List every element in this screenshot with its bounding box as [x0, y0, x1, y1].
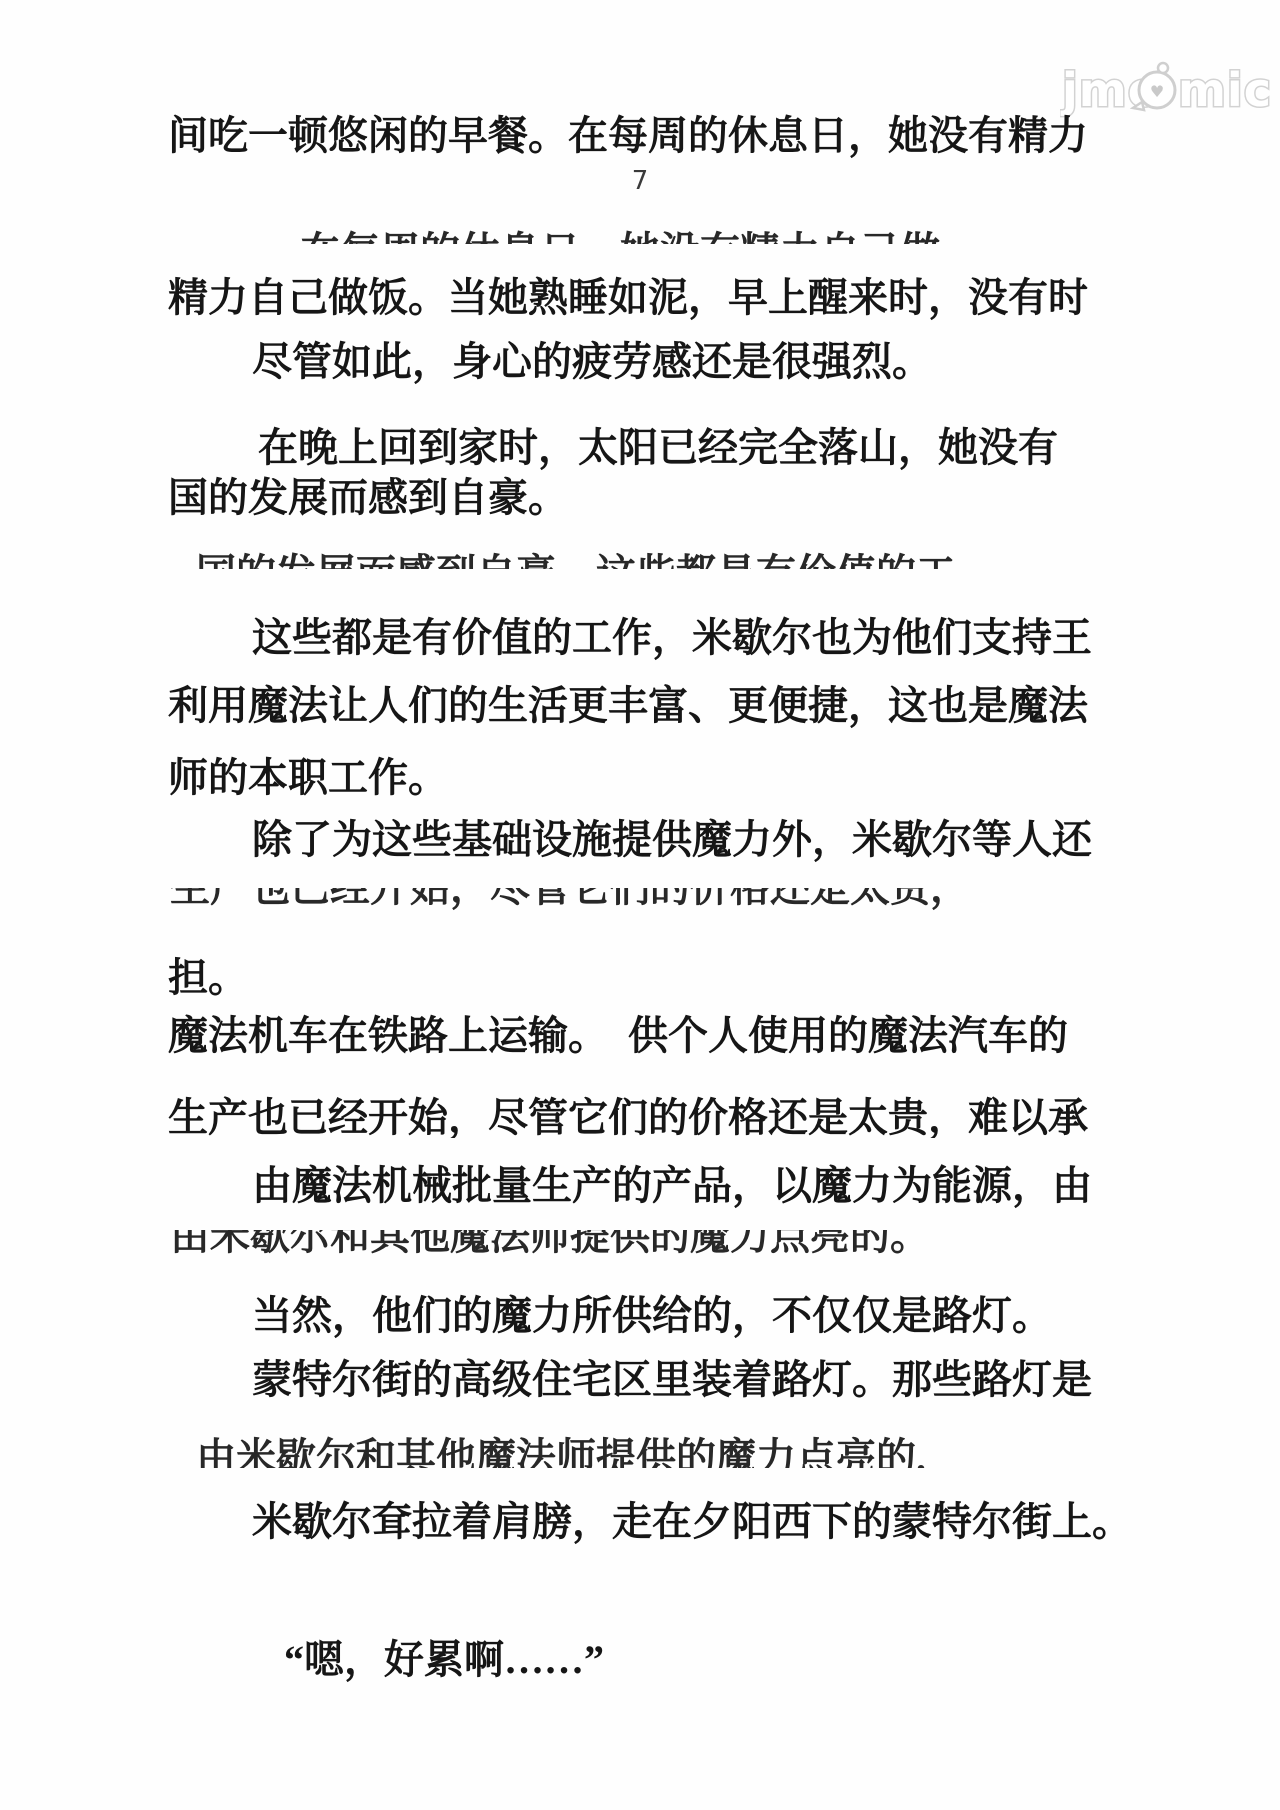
text-line: 间吃一顿悠闲的早餐。在每周的休息日，她没有精力	[168, 114, 1088, 159]
text-line: 米歇尔耷拉着肩膀，走在夕阳西下的蒙特尔街上。	[252, 1500, 1132, 1545]
text-line: “嗯，好累啊……”	[284, 1638, 604, 1683]
ghost-line-fragment: 生产也已经开始，尽管它们的价格还是太贵，难以承	[168, 1096, 1088, 1138]
text-line: 魔法机车在铁路上运输。 供个人使用的魔法汽车的	[168, 1014, 1068, 1059]
text-line: 在晚上回到家时，太阳已经完全落山，她没有	[258, 426, 1058, 471]
ghost-line-fragment: 国的发展而感到自豪。这些都是有价值的工	[196, 552, 956, 569]
novel-page: jmc mic ♥ 7 间吃一顿悠闲的早餐。在每周的休息日，她没有精力在每周的休…	[0, 0, 1280, 1810]
text-line: 师的本职工作。	[168, 756, 448, 801]
text-line: 这些都是有价值的工作，米歇尔也为他们支持王	[252, 616, 1092, 661]
ghost-line-fragment: 由米歇尔和其他魔法师提供的魔力点亮的。	[170, 1230, 930, 1260]
bird-heart: ♥	[1150, 82, 1164, 101]
text-line: 利用魔法让人们的生活更丰富、更便捷，这也是魔法	[168, 684, 1088, 729]
text-line: 当然，他们的魔力所供给的，不仅仅是路灯。	[252, 1294, 1052, 1339]
page-number: 7	[560, 166, 720, 196]
text-line: 除了为这些基础设施提供魔力外，米歇尔等人还	[252, 818, 1092, 863]
ghost-line-fragment: 由米歇尔和其他魔法师提供的魔力点亮的.	[196, 1436, 926, 1468]
text-line: 由魔法机械批量生产的产品，以魔力为能源，由	[252, 1164, 1092, 1209]
jmcomic-watermark-logo: jmc mic ♥	[1060, 48, 1270, 126]
ghost-line-fragment: 生产也已经开始，尽管它们的价格还是太贵，	[170, 888, 970, 914]
text-line: 蒙特尔街的高级住宅区里装着路灯。那些路灯是	[252, 1358, 1092, 1403]
text-line: 精力自己做饭。当她熟睡如泥，早上醒来时，没有时	[168, 276, 1088, 321]
text-line: 国的发展而感到自豪。	[168, 476, 568, 521]
text-line: 担。	[168, 956, 248, 1001]
logo-text-right: mic	[1178, 63, 1270, 117]
text-line: 尽管如此，身心的疲劳感还是很强烈。	[252, 340, 932, 385]
ghost-line-fragment: 在每周的休息日，她没有精力自己做	[300, 230, 940, 244]
